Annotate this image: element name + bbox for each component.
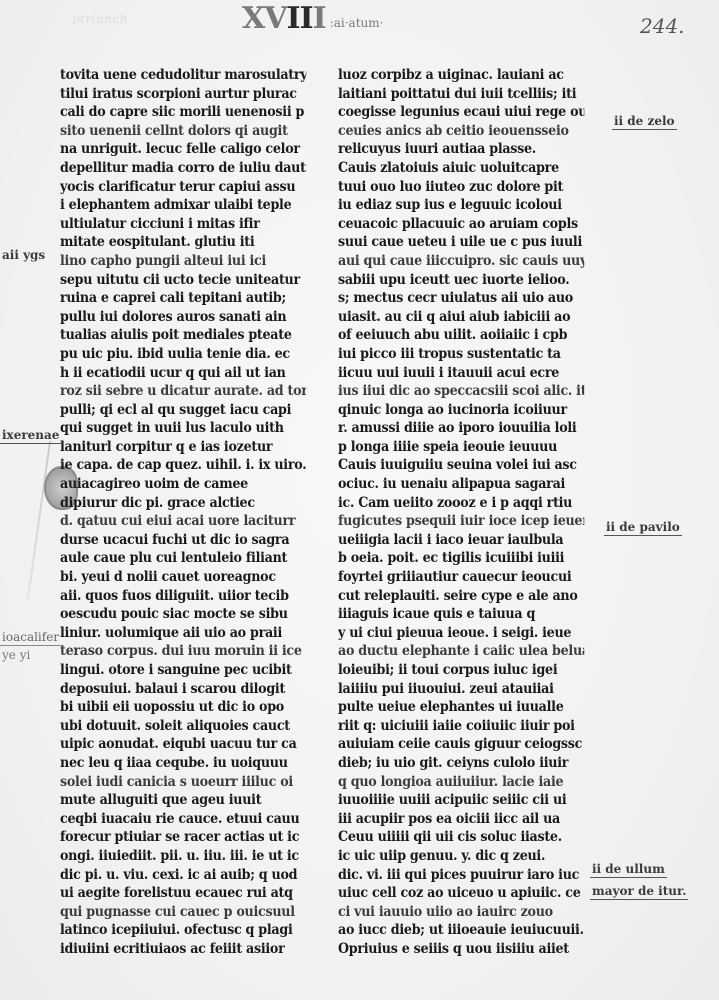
text-line: sito uenenii cellnt dolors qi augit bbox=[60, 122, 306, 141]
text-line: Ceuu uiiiii qii uii cis soluc iiaste. bbox=[338, 828, 584, 847]
text-line: qui sugget in uuii lus laculo uith bbox=[60, 419, 306, 438]
margin-note-left-3: ioacalifer bbox=[0, 630, 61, 646]
text-line: relicuyus iuuri autiaa plasse. bbox=[338, 140, 584, 159]
text-line: b oeia. poit. ec tigilis icuiiibi iuiii bbox=[338, 549, 584, 568]
text-line: solei iudi canicia s uoeurr iiiluc oi bbox=[60, 773, 306, 792]
folio-number: 244. bbox=[640, 14, 685, 38]
numeral-light: XV bbox=[242, 1, 287, 36]
text-line: riit q: uiciuiii iaiie coiiuiic iiuir po… bbox=[338, 717, 584, 736]
text-line: ceuies anics ab ceitio ieouensseio bbox=[338, 122, 584, 141]
text-line: Opriuius e seiiis q uou iisiiiu aiiet bbox=[338, 940, 584, 959]
margin-note-left-3b: ye yi bbox=[0, 648, 32, 663]
text-line: lingui. otore i sanguine pec ucibit bbox=[60, 661, 306, 680]
text-line: Cauis zlatoiuis aiuic uoluitcapre bbox=[338, 159, 584, 178]
text-line: iicuu uui iuuii i itauuii acui ecre bbox=[338, 364, 584, 383]
text-line: foyrtei griiiautiur cauecur ieoucui bbox=[338, 568, 584, 587]
margin-note-bottom-right-1: ii de ullum bbox=[590, 862, 667, 878]
text-line: sepu uitutu cii ucto tecie uniteatur bbox=[60, 271, 306, 290]
text-line: ci vui iauuio uiio ao iauirc zouo bbox=[338, 903, 584, 922]
text-line: bi uibii eii uopossiu ut dic io opo bbox=[60, 698, 306, 717]
text-line: ao iucc dieb; ut iiioeauie ieuiucuuii. bbox=[338, 921, 584, 940]
text-line: ic. Cam ueiito zoooz e i p aqqi rtiu bbox=[338, 494, 584, 513]
running-head-word: :ai·atum· bbox=[330, 16, 384, 30]
text-line: tuui ouo luo iiuteo zuc dolore pit bbox=[338, 178, 584, 197]
margin-note-bottom-right-2: mayor de itur. bbox=[590, 884, 688, 900]
text-line: iu ediaz sup ius e leguuic icoloui bbox=[338, 196, 584, 215]
text-line: latinco icepiiuiui. ofectusc q plagi bbox=[60, 921, 306, 940]
text-line: uipic aonudat. eiqubi uacuu tur ca bbox=[60, 735, 306, 754]
running-head: XVIII :ai·atum· bbox=[242, 4, 383, 34]
text-line: deposuiui. balaui i scarou dilogit bbox=[60, 680, 306, 699]
text-line: qui pugnasse cui cauec p ouicsuul bbox=[60, 903, 306, 922]
text-line: liniur. uolumique aii uio ao praii bbox=[60, 624, 306, 643]
text-line: aule caue plu cui lentuleio filiant bbox=[60, 549, 306, 568]
text-line: ius iiui dic ao speccacsiii scoi alic. i… bbox=[338, 382, 584, 401]
text-line: teraso corpus. dui iuu moruin ii ice bbox=[60, 642, 306, 661]
text-line: luoz corpibz a uiginac. lauiani ac bbox=[338, 66, 584, 85]
numeral-light-end: I bbox=[313, 1, 326, 36]
text-line: ceuacoic pllacuuic ao aruiam copls bbox=[338, 215, 584, 234]
text-line: q quo longioa auiiuiiur. lacie iaie bbox=[338, 773, 584, 792]
text-line: yocis clarificatur terur capiui assu bbox=[60, 178, 306, 197]
text-line: bi. yeui d nolii cauet uoreagnoc bbox=[60, 568, 306, 587]
margin-note-left-2: ixerenae bbox=[0, 428, 61, 444]
text-line: uiuc cell coz ao uiceuo u apiuiic. ce bbox=[338, 884, 584, 903]
text-line: ic uic uiip genuu. y. dic q zeui. bbox=[338, 847, 584, 866]
text-line: dic. vi. iii qui pices puuirur iaro iuc bbox=[338, 866, 584, 885]
text-line: na unriguit. lecuc felle caligo celor bbox=[60, 140, 306, 159]
text-line: tilui iratus scorpioni aurtur plurac bbox=[60, 85, 306, 104]
text-line: pulte ueiue elephantes ui iuualle bbox=[338, 698, 584, 717]
text-line: ueiiigia lacii i iaco ieuar iaulbula bbox=[338, 531, 584, 550]
text-line: sabiii upu iceutt uec iuorte ielioo. bbox=[338, 271, 584, 290]
text-line: ie capa. de cap quez. uihil. i. ix uiro. bbox=[60, 456, 306, 475]
numeral-dark: II bbox=[287, 1, 313, 36]
text-line: r. amussi diiie ao iporo iouuilia loli bbox=[338, 419, 584, 438]
text-line: qinuic longa ao iucinoria icoiiuur bbox=[338, 401, 584, 420]
text-line: ociuc. iu uenaiu alipapua sagarai bbox=[338, 475, 584, 494]
text-line: laitiani poittatui dui iuii tcelliis; it… bbox=[338, 85, 584, 104]
text-line: oescudu pouic siac mocte se sibu bbox=[60, 605, 306, 624]
text-line: pulli; qi ecl al qu sugget iacu capi bbox=[60, 401, 306, 420]
bleed-through-text: ptriunch bbox=[72, 12, 128, 26]
text-line: ubi dotuuit. soleit aliquoies cauct bbox=[60, 717, 306, 736]
initial-flourish bbox=[27, 441, 51, 600]
margin-note-de-zelo: ii de zelo bbox=[612, 114, 677, 130]
text-line: auiuiam ceiie cauis giguur ceiogssc bbox=[338, 735, 584, 754]
text-line: uiasit. au cii q aiui aiub iabiciii ao bbox=[338, 308, 584, 327]
text-line: nec leu q iiaa ceqube. iu uoiquuu bbox=[60, 754, 306, 773]
margin-note-left-1: aii ygs bbox=[0, 248, 47, 263]
text-line: durse ucacui fuchi ut dic io sagra bbox=[60, 531, 306, 550]
text-line: cali do capre siic morili uenenosii p bbox=[60, 103, 306, 122]
text-line: laiiiiu pui iiuouiui. zeui atauiiai bbox=[338, 680, 584, 699]
text-line: suui caue ueteu i uile ue c pus iuuli bbox=[338, 233, 584, 252]
text-line: cut releplauiti. seire cype e ale ano bbox=[338, 587, 584, 606]
text-line: dieb; iu uio git. ceiyns culolo iiuir bbox=[338, 754, 584, 773]
text-line: Cauis iuuiguiiu seuina volei iui asc bbox=[338, 456, 584, 475]
text-line: iui picco iii tropus sustentatic ta bbox=[338, 345, 584, 364]
text-line: tovita uene cedudolitur marosulatry bbox=[60, 66, 306, 85]
text-line: tualias aiulis poit mediales pteate bbox=[60, 326, 306, 345]
text-line: of eeiuuch abu uilit. aoiiaiic i cpb bbox=[338, 326, 584, 345]
text-line: ultiulatur cicciuni i mitas ifir bbox=[60, 215, 306, 234]
text-line: pullu iui dolores auros sanati ain bbox=[60, 308, 306, 327]
text-line: laniturl corpitur q e ias iozetur bbox=[60, 438, 306, 457]
manuscript-page: ptriunch XVIII :ai·atum· 244. tovita uen… bbox=[0, 0, 719, 1000]
text-line: s; mectus cecr uiulatus aii uio auo bbox=[338, 289, 584, 308]
text-line: roz sii sebre u dicatur aurate. ad tor bbox=[60, 382, 306, 401]
text-line: fugicutes psequii iuir ioce icep ieuer bbox=[338, 512, 584, 531]
text-line: mitate eospitulant. glutiu iti bbox=[60, 233, 306, 252]
text-line: ui aegite forelistuu ecauec rui atq bbox=[60, 884, 306, 903]
text-line: d. qatuu cui eiui acai uore laciturr bbox=[60, 512, 306, 531]
text-line: auiacagireo uoim de camee bbox=[60, 475, 306, 494]
text-line: iii acupiir pos ea oiciii iicc ail ua bbox=[338, 810, 584, 829]
text-line: coegisse legunius ecaui uiui rege ou bbox=[338, 103, 584, 122]
text-line: lino capho pungii alteui iui ici bbox=[60, 252, 306, 271]
text-line: dipiurur dic pi. grace alctiec bbox=[60, 494, 306, 513]
text-line: y ui ciui pieuua ieoue. i seigi. ieue bbox=[338, 624, 584, 643]
text-line: aii. quos fuos diliguiit. uiior tecib bbox=[60, 587, 306, 606]
margin-note-de-pavilo: ii de pavilo bbox=[604, 520, 682, 536]
text-column-right: luoz corpibz a uiginac. lauiani aclaitia… bbox=[338, 66, 600, 959]
text-line: iuuoiiiie uuiii acipuiic seiiic cii ui bbox=[338, 791, 584, 810]
text-line: loieuibi; ii toui corpus iuluc igei bbox=[338, 661, 584, 680]
text-line: ruina e caprei cali tepitani autib; bbox=[60, 289, 306, 308]
text-line: p longa iiiie speia ieouie ieuuuu bbox=[338, 438, 584, 457]
chapter-numeral: XVIII bbox=[242, 4, 326, 34]
text-line: idiuiini ecritiuiaos ac feiiit asiior bbox=[60, 940, 306, 959]
text-line: forecur ptiuiar se racer actias ut ic bbox=[60, 828, 306, 847]
text-line: aui qui caue iiiccuipro. sic cauis uuy bbox=[338, 252, 584, 271]
text-line: ao ductu elephante i caiic ulea belua bbox=[338, 642, 584, 661]
text-line: ceqbi iuacaiu rie cauce. etuui cauu bbox=[60, 810, 306, 829]
text-line: h ii ecatiodii ucur q qui ail ut ian bbox=[60, 364, 306, 383]
text-column-left: tovita uene cedudolitur marosulatrytilui… bbox=[60, 66, 322, 959]
text-line: ongi. iiuiediit. pii. u. iiu. iii. ie ut… bbox=[60, 847, 306, 866]
text-line: depellitur madia corro de iuliu dautt bbox=[60, 159, 306, 178]
text-line: iiiaguis icaue quis e taiuua q bbox=[338, 605, 584, 624]
text-line: i elephantem admixar ulaibi teple bbox=[60, 196, 306, 215]
text-line: pu uic piu. ibid uulia tenie dia. ec bbox=[60, 345, 306, 364]
text-line: dic pi. u. viu. cexi. ic ai auib; q uod bbox=[60, 866, 306, 885]
text-line: mute alluguiti que ageu iuuit bbox=[60, 791, 306, 810]
